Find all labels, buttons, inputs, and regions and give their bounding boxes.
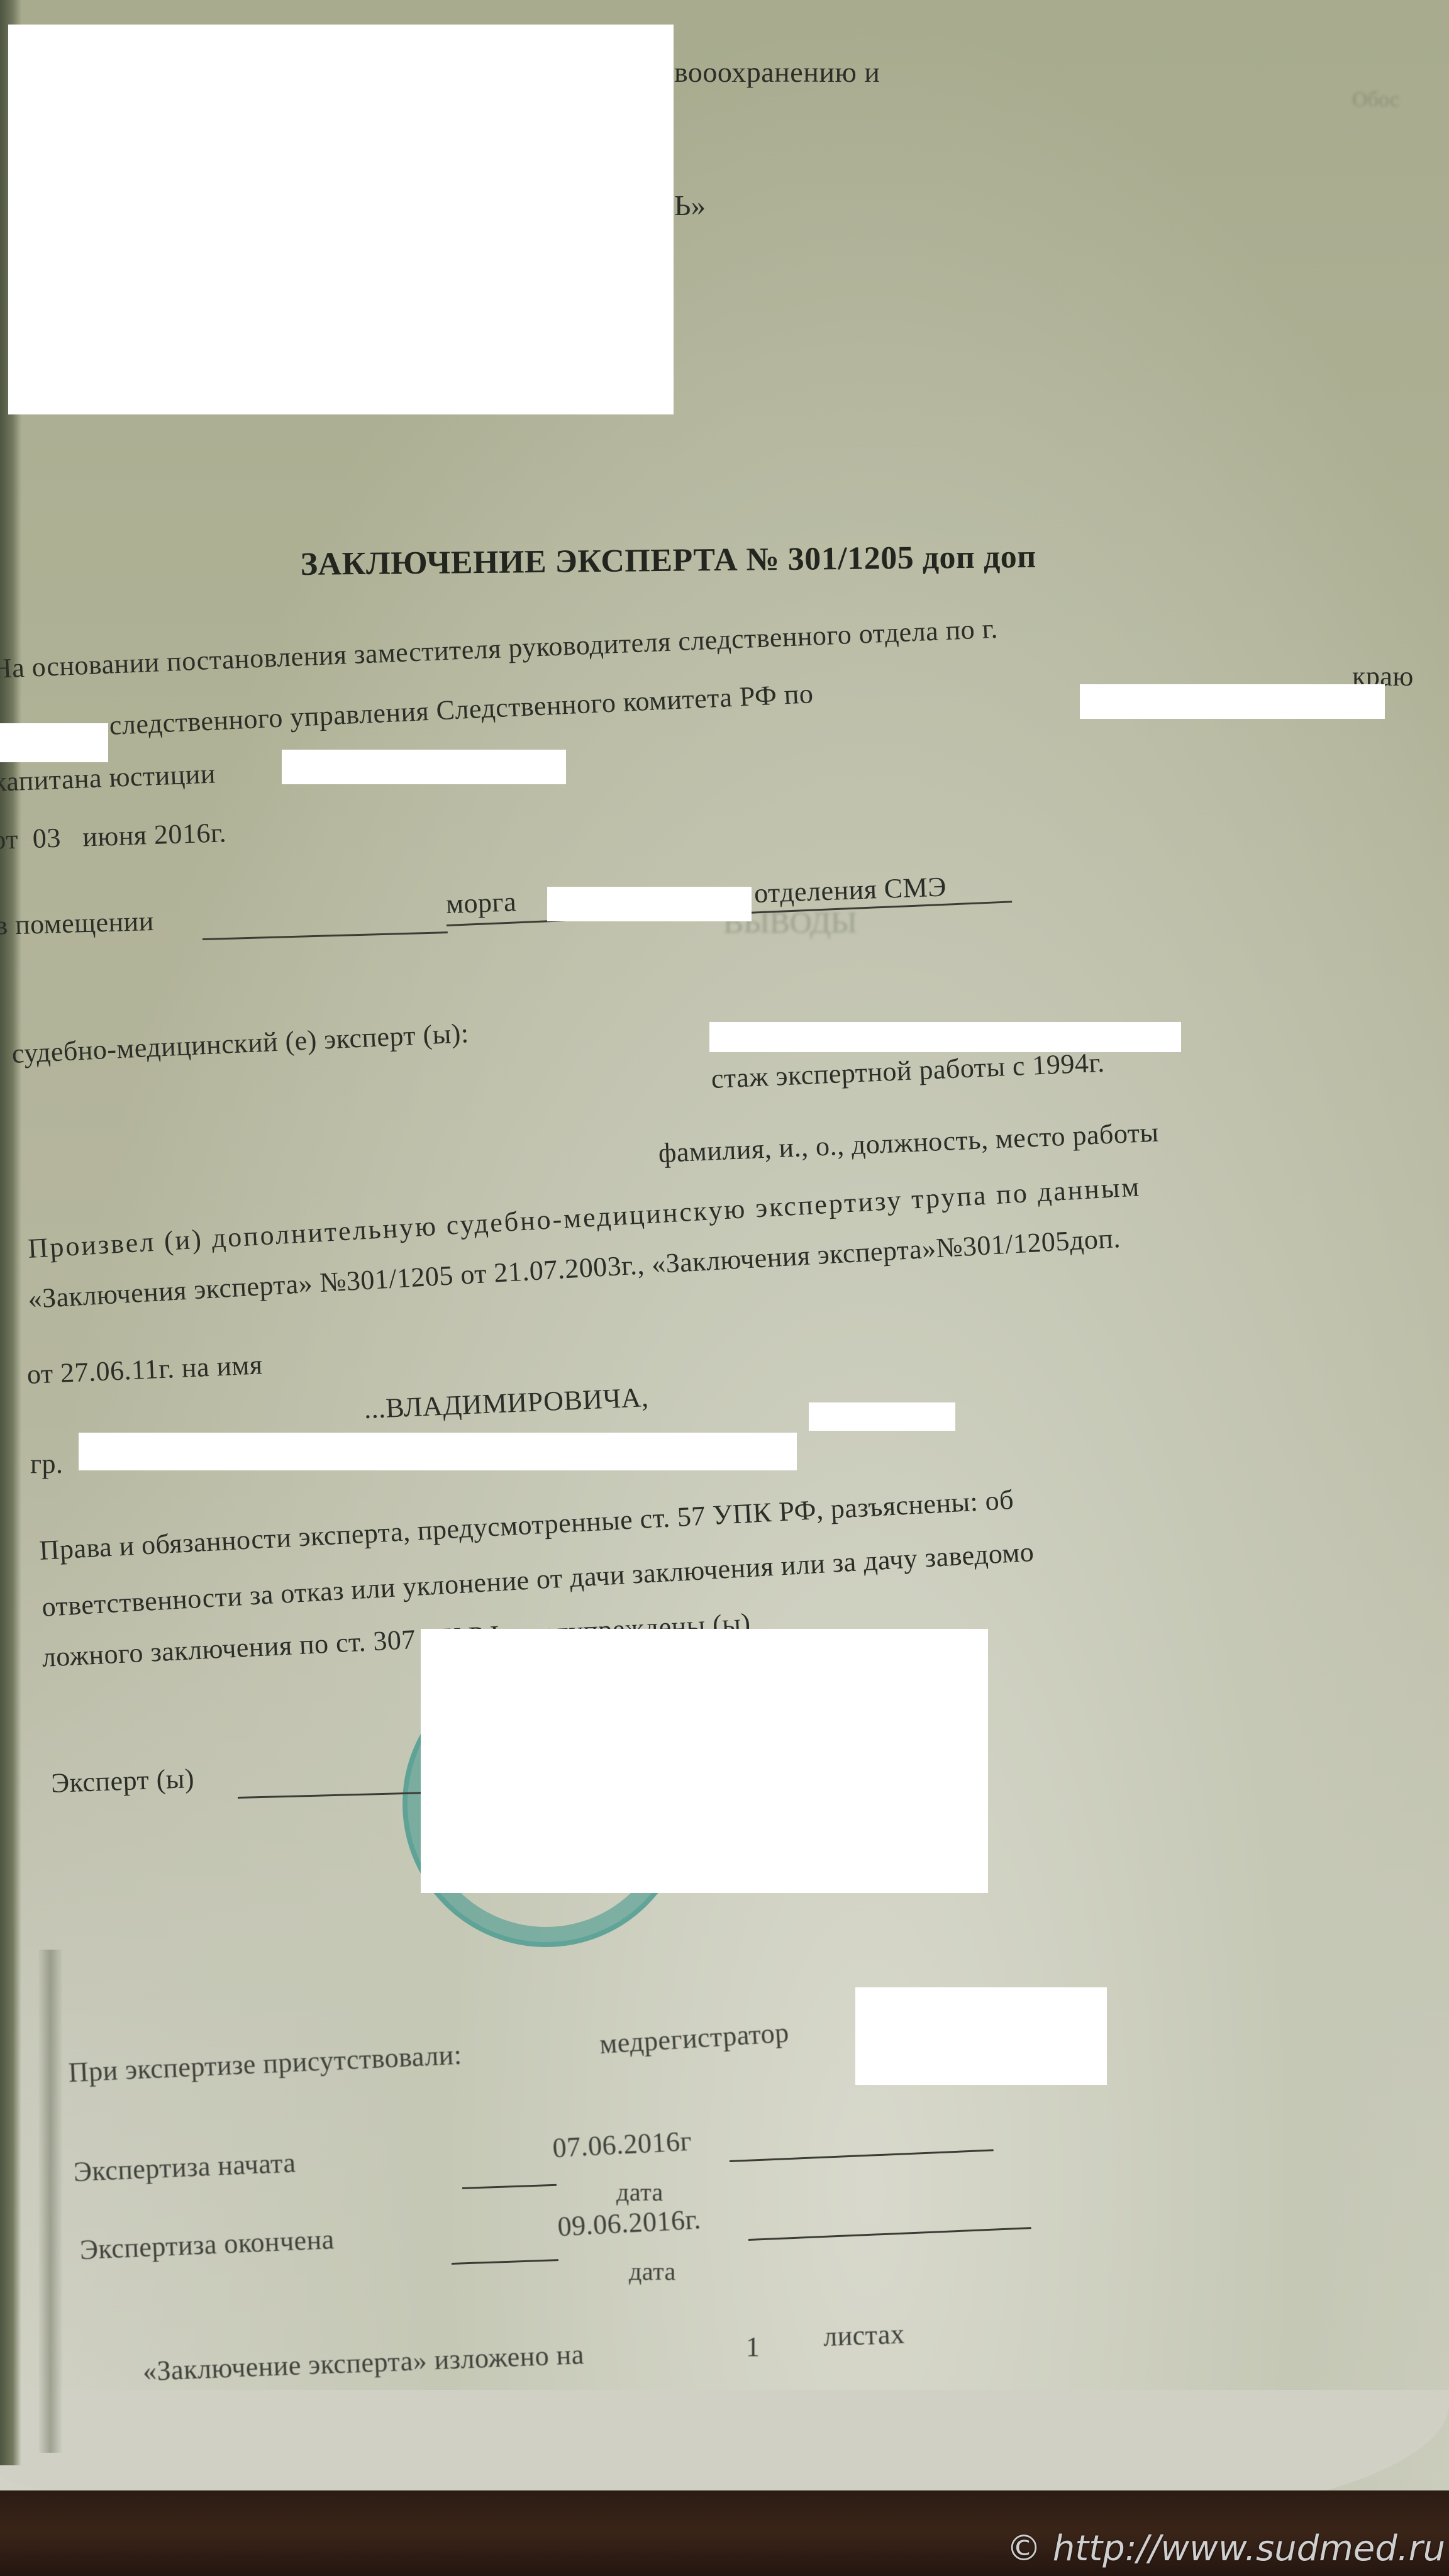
redaction-city <box>0 723 108 762</box>
basis-line-4: от 03 июня 2016г. <box>0 816 227 856</box>
location-value-prefix: морга <box>445 885 517 920</box>
expert-label: судебно-медицинский (е) эксперт (ы): <box>11 1017 470 1070</box>
basis-line-1: На основании постановления заместителя р… <box>0 613 999 685</box>
watermark: © http://www.sudmed.ru <box>1006 2528 1445 2569</box>
started-value: 07.06.2016г <box>552 2124 692 2164</box>
pages-prefix: «Заключение эксперта» изложено на <box>142 2338 585 2387</box>
header-fragment: вооохранению и <box>674 55 880 89</box>
basis-line-3: капитана юстиции <box>0 757 216 798</box>
redaction-header <box>8 25 674 414</box>
redaction-morgue <box>547 887 752 921</box>
redaction-registrar <box>855 1987 1107 2085</box>
pages-suffix: листах <box>823 2318 905 2353</box>
attendance-value: медрегистратор <box>599 2016 790 2060</box>
attendance-label: При экспертизе присутствовали: <box>68 2039 463 2089</box>
finished-line-right <box>748 2227 1031 2241</box>
finished-value: 09.06.2016г. <box>557 2203 701 2243</box>
pages-count: 1 <box>746 2331 760 2363</box>
started-line-right <box>730 2149 994 2162</box>
page-shadow <box>38 1950 63 2453</box>
signature-label: Эксперт (ы) <box>50 1762 195 1799</box>
document-title: ЗАКЛЮЧЕНИЕ ЭКСПЕРТА № 301/1205 доп доп <box>300 538 1036 583</box>
redaction-signature <box>421 1629 988 1893</box>
finished-label: Экспертиза окончена <box>79 2223 335 2266</box>
expert-experience: стаж экспертной работы с 1994г. <box>711 1046 1106 1095</box>
started-line-left <box>462 2184 557 2189</box>
bleed-through-text: Обос <box>1352 88 1399 112</box>
basis-line-2: следственного управления Следственного к… <box>109 677 814 741</box>
location-underline-blank <box>203 931 448 940</box>
redaction-citizen-name <box>79 1433 797 1470</box>
started-label: Экспертиза начата <box>73 2146 296 2188</box>
finished-line-left <box>452 2259 558 2265</box>
signature-line <box>238 1792 426 1799</box>
performed-line-3: от 27.06.11г. на имя <box>26 1348 264 1391</box>
redaction-name-suffix <box>809 1402 955 1431</box>
header-fragment-2: Ь» <box>674 189 706 222</box>
citizen-label: гр. <box>30 1448 64 1480</box>
expert-caption: фамилия, и., о., должность, место работы <box>658 1116 1160 1169</box>
started-date-caption: дата <box>616 2177 663 2207</box>
redaction-region <box>1080 684 1385 719</box>
location-value-suffix: отделения СМЭ <box>753 870 947 909</box>
redaction-investigator <box>282 750 566 784</box>
finished-date-caption: дата <box>629 2257 676 2286</box>
citizen-name-visible: ...ВЛАДИМИРОВИЧА, <box>364 1381 650 1425</box>
redaction-expert-name <box>709 1022 1181 1052</box>
document-photo: Обос ВЫВОДЫ вооохранению и Ь» ЗАКЛЮЧЕНИЕ… <box>0 0 1449 2576</box>
location-label: в помещении <box>0 905 154 941</box>
